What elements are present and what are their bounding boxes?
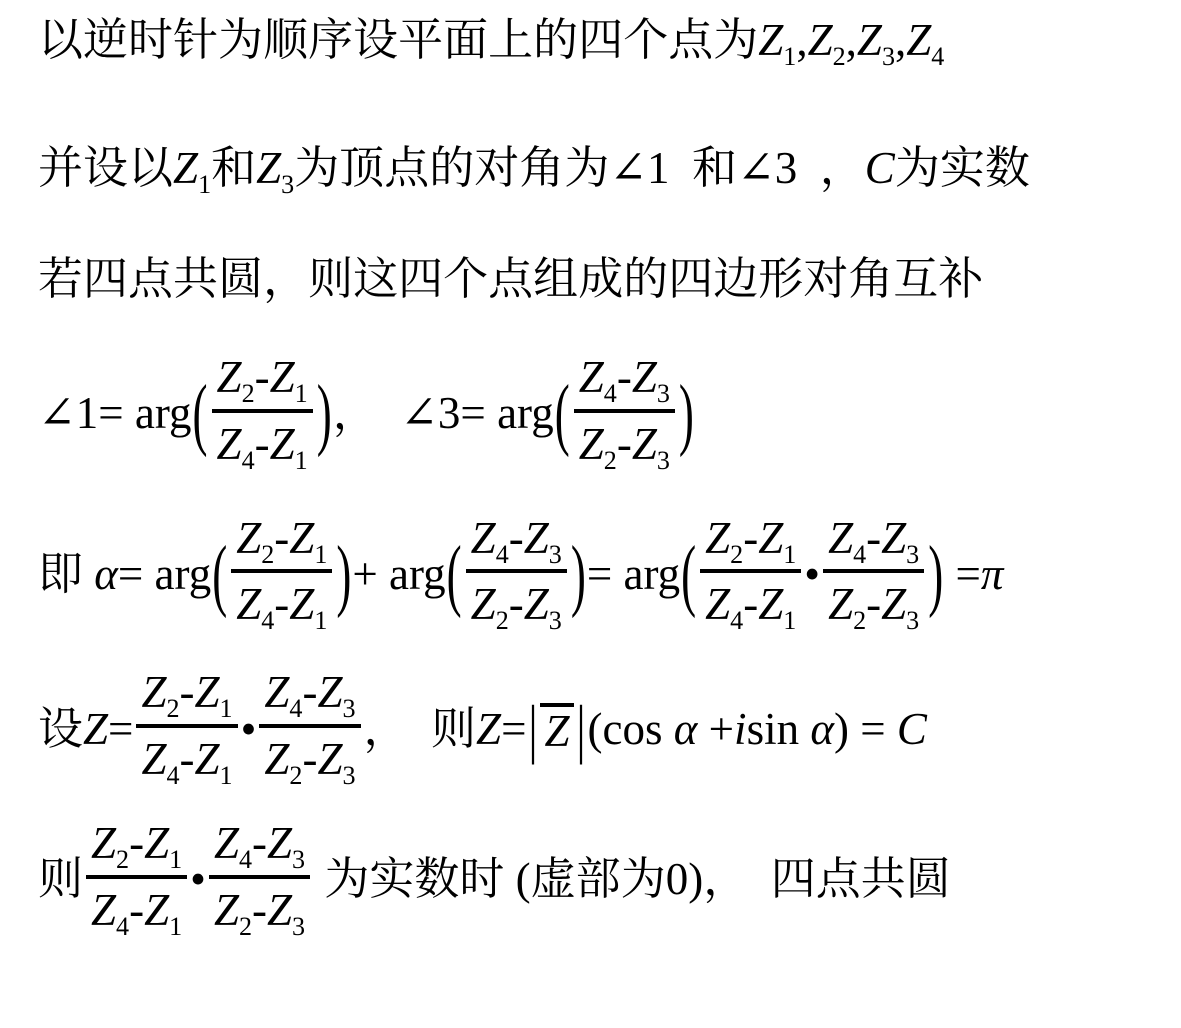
fraction-fB: Z4-Z3Z2-Z3 xyxy=(574,353,675,474)
fraction-fB: Z4-Z3Z2-Z3 xyxy=(466,514,567,635)
math-text: =π xyxy=(944,546,1003,602)
fraction-fA: Z2-Z1Z4-Z1 xyxy=(700,514,801,635)
math-text: 若四点共圆，则这四个点组成的四边形对角互补 xyxy=(38,251,983,307)
math-text: ， 则Z= xyxy=(364,701,527,757)
text-line-1: 以逆时针为顺序设平面上的四个点为Z1,Z2,Z3,Z4 xyxy=(38,12,1171,68)
math-text: 以逆时针为顺序设平面上的四个点为Z1,Z2,Z3,Z4 xyxy=(38,12,944,68)
denominator: Z2-Z3 xyxy=(209,879,310,940)
denominator: Z4-Z1 xyxy=(231,573,332,634)
numerator: Z2-Z1 xyxy=(231,514,332,574)
math-text: 为实数时 (虚部为0)， 四点共圆 xyxy=(313,851,951,907)
abs-bar: | xyxy=(577,688,586,770)
formula-line-5: 即 α= arg(Z2-Z1Z4-Z1)+ arg(Z4-Z3Z2-Z3)= a… xyxy=(38,514,1171,635)
numerator: Z4-Z3 xyxy=(209,819,310,879)
numerator: Z4-Z3 xyxy=(259,668,360,728)
denominator: Z4-Z1 xyxy=(86,879,187,940)
fraction-fB: Z4-Z3Z2-Z3 xyxy=(823,514,924,635)
math-text: = arg xyxy=(587,546,680,602)
numerator: Z4-Z3 xyxy=(466,514,567,574)
math-text: • xyxy=(804,546,820,602)
math-text: sin α) = C xyxy=(747,701,927,757)
big-paren: ) xyxy=(571,523,586,624)
abs-bar: | xyxy=(528,688,537,770)
math-text: ∠1= arg xyxy=(38,385,192,441)
formula-line-7: 则Z2-Z1Z4-Z1•Z4-Z3Z2-Z3 为实数时 (虚部为0)， 四点共圆 xyxy=(38,819,1171,940)
numerator: Z4-Z3 xyxy=(823,514,924,574)
numerator: Z4-Z3 xyxy=(574,353,675,413)
math-text: 并设以Z1和Z3为顶点的对角为∠1 和∠3 ，C为实数 xyxy=(38,140,1030,196)
numerator: Z2-Z1 xyxy=(86,819,187,879)
fraction-fB: Z4-Z3Z2-Z3 xyxy=(259,668,360,789)
math-text: • xyxy=(241,701,257,757)
big-paren: ) xyxy=(679,363,694,464)
math-text: • xyxy=(190,851,206,907)
formula-line-4: ∠1= arg(Z2-Z1Z4-Z1)， ∠3= arg(Z4-Z3Z2-Z3) xyxy=(38,353,1171,474)
denominator: Z2-Z3 xyxy=(466,573,567,634)
italic-var: i xyxy=(734,701,747,757)
big-paren: ( xyxy=(447,523,462,624)
denominator: Z4-Z1 xyxy=(136,728,237,789)
text-line-3: 若四点共圆，则这四个点组成的四边形对角互补 xyxy=(38,251,1171,307)
big-paren: ) xyxy=(336,523,351,624)
math-text: 即 α= arg xyxy=(38,546,211,602)
denominator: Z2-Z3 xyxy=(574,413,675,474)
math-text: (cos α + xyxy=(588,701,735,757)
numerator: Z2-Z1 xyxy=(136,668,237,728)
big-paren: ( xyxy=(212,523,227,624)
math-text: 设Z= xyxy=(38,701,133,757)
big-paren: ( xyxy=(681,523,696,624)
math-text: ， ∠3= arg xyxy=(333,385,554,441)
fraction-fA: Z2-Z1Z4-Z1 xyxy=(86,819,187,940)
big-paren: ( xyxy=(555,363,570,464)
big-paren: ) xyxy=(317,363,332,464)
fraction-fB: Z4-Z3Z2-Z3 xyxy=(209,819,310,940)
fraction-fA: Z2-Z1Z4-Z1 xyxy=(212,353,313,474)
fraction-fA: Z2-Z1Z4-Z1 xyxy=(231,514,332,635)
math-text: + arg xyxy=(352,546,445,602)
denominator: Z4-Z1 xyxy=(212,413,313,474)
denominator: Z4-Z1 xyxy=(700,573,801,634)
document: 以逆时针为顺序设平面上的四个点为Z1,Z2,Z3,Z4 并设以Z1和Z3为顶点的… xyxy=(0,0,1181,940)
fraction-fA: Z2-Z1Z4-Z1 xyxy=(136,668,237,789)
big-paren: ) xyxy=(928,523,943,624)
big-paren: ( xyxy=(193,363,208,464)
formula-line-6: 设Z=Z2-Z1Z4-Z1•Z4-Z3Z2-Z3， 则Z=|Z|(cos α +… xyxy=(38,668,1171,789)
denominator: Z2-Z3 xyxy=(259,728,360,789)
math-text: 则 xyxy=(38,851,83,907)
numerator: Z2-Z1 xyxy=(700,514,801,574)
denominator: Z2-Z3 xyxy=(823,573,924,634)
numerator: Z2-Z1 xyxy=(212,353,313,413)
conjugate-overline: Z xyxy=(540,703,573,754)
text-line-2: 并设以Z1和Z3为顶点的对角为∠1 和∠3 ，C为实数 xyxy=(38,140,1171,196)
